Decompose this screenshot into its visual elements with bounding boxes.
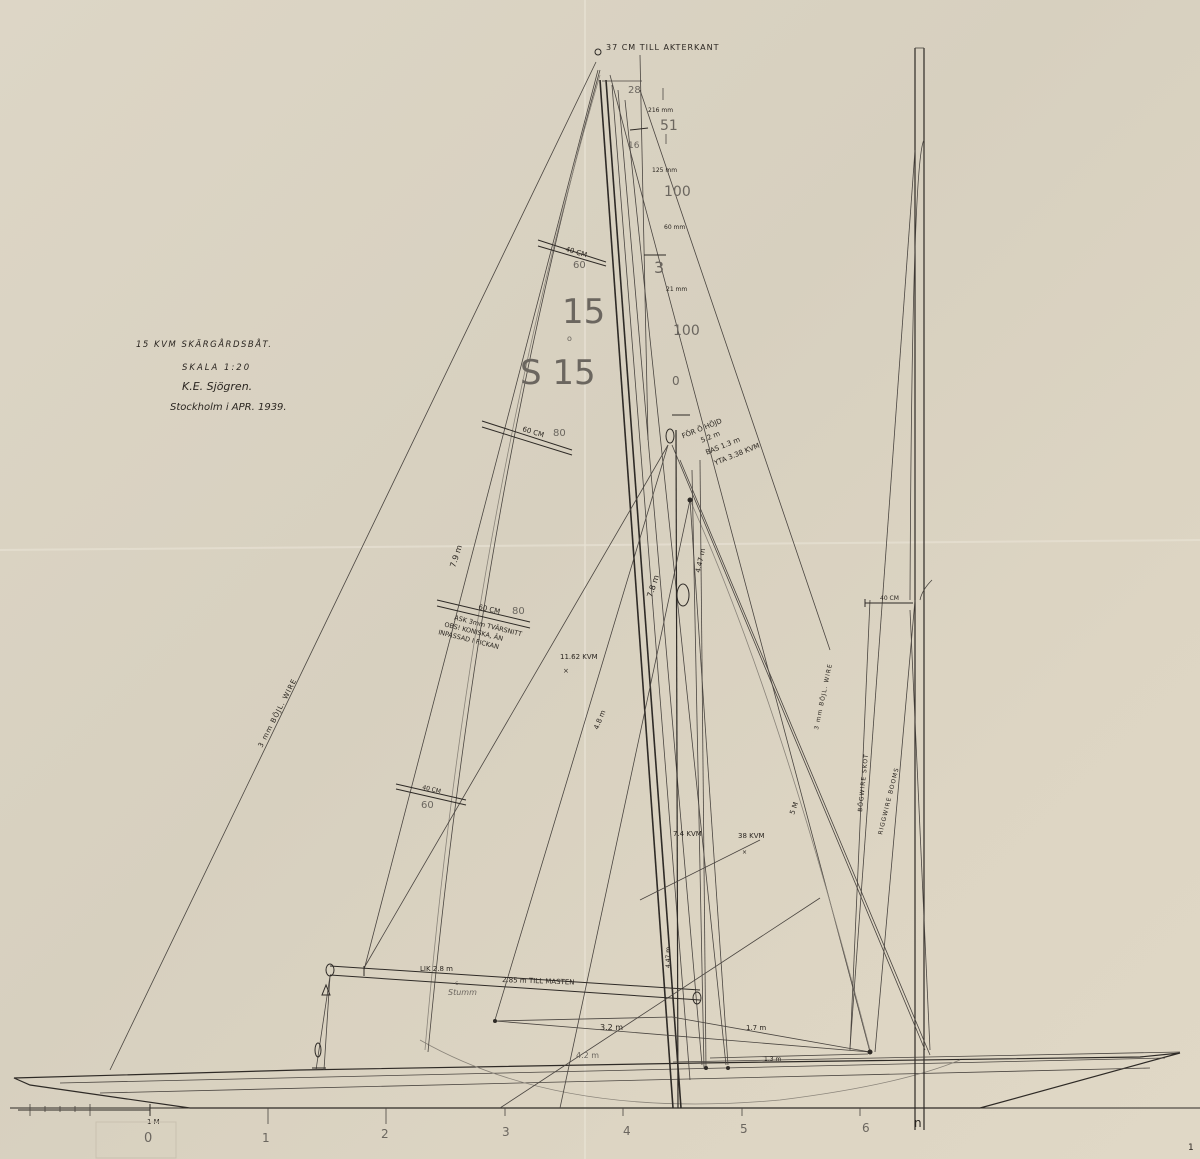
svg-text:3: 3	[654, 258, 664, 277]
svg-text:×: ×	[563, 667, 569, 675]
svg-text:4: 4	[623, 1124, 631, 1138]
sail-plan-drawing: 40 CM 60 60 CM 80 60 CM 80 40 CM 60 ASK …	[0, 0, 1200, 1159]
title-line-1: 15 KVM SKÄRGÅRDSBÅT.	[136, 338, 272, 350]
svg-text:100: 100	[664, 184, 691, 200]
diagonal-length: 4.8 m	[592, 709, 607, 731]
foot-length-3-2: 3.2 m	[600, 1023, 623, 1032]
svg-text:216 mm: 216 mm	[648, 107, 673, 114]
title-scale: SKALA 1:20	[182, 363, 251, 373]
svg-text:n: n	[914, 1116, 922, 1130]
batten-1-pencil: 60	[573, 260, 586, 271]
batten-3-width: 60 CM	[478, 603, 501, 616]
title-place-date: Stockholm i APR. 1939.	[170, 402, 287, 413]
sail-number-bottom: S 15	[520, 353, 596, 393]
svg-text:125 mm: 125 mm	[652, 167, 677, 174]
masthead-note: 37 CM TILL AKTERKANT	[606, 43, 720, 52]
svg-text:×: ×	[742, 849, 747, 856]
boom-to-mast: 2.85 m TILL MASTEN	[502, 976, 575, 987]
luff-length: 7.9 m	[448, 544, 464, 569]
jib-area: 38 KVM	[738, 832, 765, 840]
faint-stamp	[96, 1122, 176, 1158]
svg-text:40 CM: 40 CM	[880, 595, 899, 602]
batten-3-pencil: 80	[512, 606, 525, 617]
foretriangle-note: FÖR Ö HÖJD 5.2 m BAS 1.3 m YTA 3.38 KVM	[680, 406, 761, 474]
pole-width-dimension: 40 CM	[865, 595, 913, 607]
foot-length-1-3: 1.3 m	[764, 1056, 781, 1063]
foot-length-4-2: 4.2 m	[576, 1051, 599, 1060]
title-block: 15 KVM SKÄRGÅRDSBÅT. SKALA 1:20 K.E. Sjö…	[136, 338, 287, 413]
svg-text:21 mm: 21 mm	[666, 286, 687, 293]
jib-area-small: 7.4 KVM	[673, 830, 702, 838]
svg-text:16: 16	[628, 141, 640, 151]
mainsail-area: 11.62 KVM	[560, 653, 598, 661]
mast-upper-length: 7.8 m	[645, 574, 661, 599]
mast	[600, 80, 726, 1108]
svg-text:2: 2	[381, 1127, 389, 1141]
svg-text:0: 0	[144, 1131, 152, 1146]
fold-line-horizontal	[0, 540, 1200, 550]
svg-text:o: o	[567, 334, 572, 343]
batten-4-pencil: 60	[421, 800, 434, 811]
spinnaker-pole	[910, 48, 932, 1130]
mast-lower-length: 4.47 m	[665, 947, 672, 968]
svg-text:c: c	[455, 980, 458, 987]
scale-bar: 1 M 0 1 2 3 4 5 6 n 1	[18, 1104, 1194, 1153]
svg-text:1: 1	[262, 1131, 270, 1145]
batten-2-pencil: 80	[553, 428, 566, 439]
svg-text:100: 100	[673, 323, 700, 339]
svg-text:60 mm: 60 mm	[664, 224, 685, 231]
svg-text:5: 5	[740, 1122, 748, 1136]
svg-text:6: 6	[862, 1121, 870, 1135]
svg-text:51: 51	[660, 118, 678, 134]
sail-plan-svg: 40 CM 60 60 CM 80 60 CM 80 40 CM 60 ASK …	[0, 0, 1200, 1159]
boom-luff-length: LIK 2.8 m	[420, 965, 453, 973]
bowline-sheet-label: BÖGWIRE SKOT	[857, 753, 870, 812]
forestay-length: 5 M	[788, 801, 800, 816]
batten-4-width: 40 CM	[422, 784, 442, 795]
left-backstay-label: 3 mm BÖJL. WIRE	[256, 677, 299, 749]
svg-text:3: 3	[502, 1125, 510, 1139]
svg-text:1: 1	[1188, 1143, 1194, 1153]
sail-number: 15 o S 15	[520, 292, 605, 393]
rigging	[110, 62, 1180, 1108]
mast-fitting	[677, 584, 689, 606]
hull	[10, 1040, 1200, 1108]
svg-text:28: 28	[628, 85, 641, 96]
sail-number-top: 15	[562, 292, 605, 332]
title-signature: K.E. Sjögren.	[182, 380, 252, 393]
shroud-length: 4.47 m	[694, 547, 707, 573]
boom-label: Stumm	[448, 988, 477, 997]
batten-2: 60 CM 80	[482, 421, 572, 455]
wire-labels: 3 mm BÖJL. WIRE 3 mm BÖJL. WIRE BÖGWIRE …	[256, 663, 901, 836]
foot-length-1-7: 1.7 m	[746, 1024, 766, 1032]
right-stay-label: 3 mm BÖJL. WIRE	[813, 663, 834, 731]
svg-text:0: 0	[672, 374, 680, 388]
batten-1: 40 CM 60	[538, 240, 606, 271]
